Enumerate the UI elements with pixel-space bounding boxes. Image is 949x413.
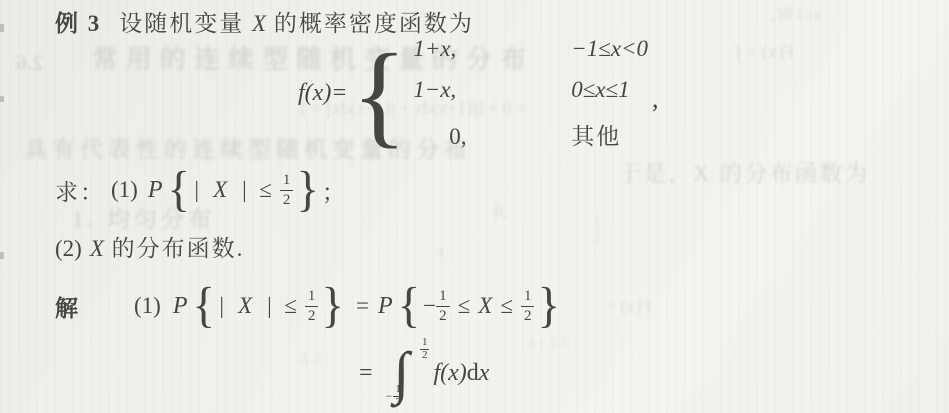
fraction-one-half: 12 — [436, 289, 450, 324]
fraction-one-half: 12 — [280, 173, 294, 208]
piecewise-row: 1+x, −1≤x<0 — [413, 36, 648, 62]
integral-upper-limit: 12 — [420, 337, 430, 362]
right-brace: } — [296, 165, 319, 214]
leq-symbol: ≤ — [284, 293, 297, 319]
fraction-one-half: 12 — [305, 289, 319, 324]
solution-label: 解 — [55, 290, 80, 323]
piecewise-row: 1−x, 0≤x≤1 — [413, 77, 648, 103]
bleedthrough-fragment-half: + 1/2 + x — [528, 336, 579, 353]
piecewise-cond: 其他 — [571, 118, 648, 151]
probability-symbol: P — [173, 293, 188, 320]
probability-symbol: P — [148, 177, 163, 204]
random-variable-x: X — [90, 236, 104, 261]
item2-number: (2) — [55, 236, 82, 261]
ask-label: 求： — [55, 174, 105, 207]
piecewise-row: 0, 其他 — [413, 118, 648, 151]
semicolon: ； — [322, 174, 345, 207]
fraction-denominator: 2 — [393, 397, 403, 409]
problem-statement-line: 例 3设随机变量 X 的概率密度函数为 — [55, 5, 474, 38]
bleedthrough-fragment-bar: | — [594, 208, 601, 249]
example-label: 例 3 — [55, 11, 101, 36]
differential-variable: x — [479, 360, 490, 386]
solution-line: 解 (1) P { | X | ≤ 12 } = P { − 12 ≤ X ≤ … — [55, 278, 563, 334]
scan-artifact — [0, 96, 4, 102]
random-variable-x: X — [252, 11, 266, 36]
bleedthrough-formula-mid: F(x) = — [606, 296, 652, 318]
differential: dx — [467, 360, 490, 387]
question-part2-line: (2)X 的分布函数. — [55, 230, 244, 263]
leq-symbol: ≤ — [458, 293, 471, 319]
fraction-numerator: 1 — [305, 289, 319, 307]
leq-symbol: ≤ — [500, 293, 513, 319]
fraction-numerator: 1 — [521, 289, 535, 307]
textbook-page: x≤1 时， 2.6 常用的连续型随机变量的分布 F(x) = ∫ = 0 + … — [0, 0, 949, 413]
item2-text: 的分布函数. — [104, 236, 245, 261]
piecewise-expr: 1+x, — [413, 36, 525, 62]
fraction-numerator: 1 — [393, 384, 403, 397]
bleedthrough-fragment-one: 1 — [437, 243, 445, 262]
piecewise-cond: −1≤x<0 — [571, 36, 648, 62]
equation-trailing-comma: , — [652, 84, 659, 114]
random-variable-x: X — [478, 293, 492, 319]
integral-lower-limit: −12 — [386, 384, 403, 409]
fraction-numerator: 1 — [280, 173, 294, 191]
solution-item-number: (1) — [134, 293, 161, 319]
fraction-denominator: 2 — [283, 191, 291, 208]
equals-sign: = — [359, 360, 373, 387]
bleedthrough-top-corner: x≤1 时， — [760, 6, 821, 25]
intro-text-pre: 设随机变量 — [119, 11, 252, 36]
density-lhs: f(x)= — [298, 80, 348, 107]
leq-symbol: ≤ — [259, 177, 272, 203]
abs-x-expression: | X | — [218, 293, 276, 319]
fraction-denominator: 2 — [308, 307, 316, 324]
right-brace: } — [537, 281, 560, 330]
differential-d: d — [467, 360, 479, 386]
bleedthrough-fragment-geq: ≥ x — [300, 346, 323, 368]
integral-line: = ∫ 12 −12 f(x) dx — [350, 340, 489, 406]
fraction-denominator: 2 — [439, 307, 447, 324]
fraction-one-half: 12 — [393, 384, 403, 409]
piecewise-rows: 1+x, −1≤x<0 1−x, 0≤x≤1 0, 其他 — [413, 36, 648, 151]
piecewise-cond: 0≤x≤1 — [571, 77, 648, 103]
integrand: f(x) — [433, 360, 466, 387]
right-brace: } — [321, 281, 344, 330]
bleedthrough-fragment-zero: 0, — [494, 202, 507, 222]
integral-with-limits: ∫ 12 −12 — [386, 345, 428, 400]
fraction-denominator: 2 — [420, 350, 430, 362]
left-brace: { — [168, 165, 191, 214]
minus-sign: − — [386, 389, 393, 404]
piecewise-expr: 0, — [413, 124, 525, 150]
probability-symbol: P — [378, 293, 393, 320]
abs-x-expression: | X | — [193, 177, 251, 203]
minus-sign: − — [423, 293, 436, 319]
piecewise-left-brace: { — [352, 40, 408, 150]
left-brace: { — [398, 281, 421, 330]
piecewise-expr: 1−x, — [413, 77, 525, 103]
bleedthrough-yushi-line: 于是，X 的分布函数为 — [618, 160, 869, 188]
fraction-numerator: 1 — [436, 289, 450, 307]
fraction-one-half: 12 — [521, 289, 535, 324]
item1-number: (1) — [111, 177, 138, 203]
bleedthrough-section-number: 2.6 — [16, 50, 44, 76]
scan-artifact — [0, 24, 4, 32]
density-function-equation: f(x)= { 1+x, −1≤x<0 1−x, 0≤x≤1 0, 其他 — [298, 36, 648, 151]
bleedthrough-formula-top: F(x) = ∫ — [736, 42, 794, 65]
question-part1-line: 求： (1) P { | X | ≤ 12 } ； — [55, 164, 345, 216]
left-brace: { — [193, 281, 216, 330]
fraction-denominator: 2 — [524, 307, 532, 324]
equals-sign: = — [356, 293, 369, 319]
scan-artifact — [0, 252, 4, 259]
